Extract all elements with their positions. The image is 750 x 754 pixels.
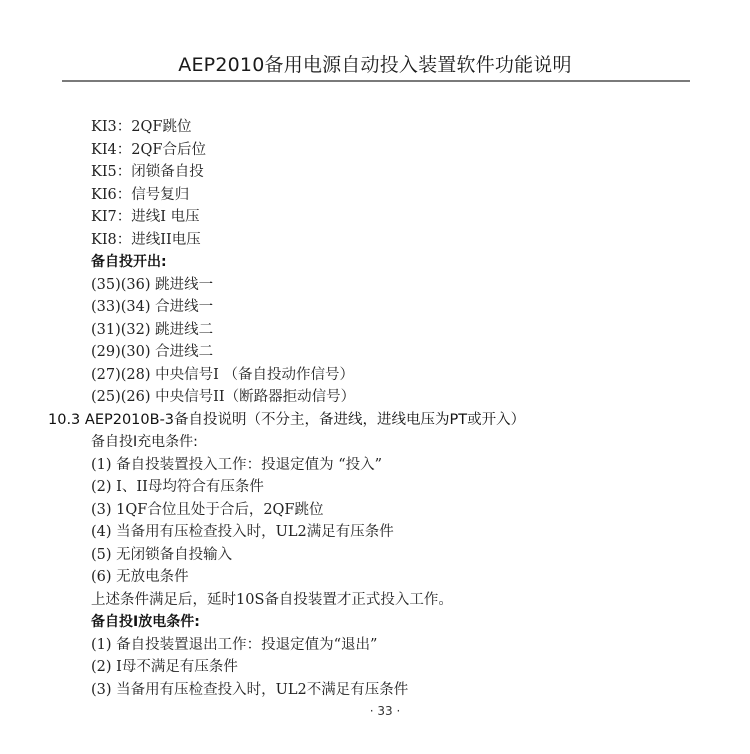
charge-note: 上述条件满足后，延时10S备自投装置才正式投入工作。	[91, 590, 453, 610]
charge-condition: (3) 1QF合位且处于合后，2QF跳位	[91, 500, 324, 520]
input-item: KI3：2QF跳位	[91, 117, 191, 137]
charge-heading: 备自投I充电条件:	[91, 432, 198, 452]
input-item: KI7：进线I 电压	[91, 207, 200, 227]
charge-condition: (1) 备自投装置投入工作：投退定值为 “投入”	[91, 455, 382, 475]
output-item: (35)(36) 跳进线一	[91, 275, 213, 295]
discharge-condition: (1) 备自投装置退出工作：投退定值为“退出”	[91, 635, 377, 655]
discharge-condition: (2) I母不满足有压条件	[91, 657, 238, 677]
charge-condition: (6) 无放电条件	[91, 567, 189, 587]
header-divider	[62, 80, 690, 82]
input-item: KI8：进线II电压	[91, 230, 201, 250]
output-item: (29)(30) 合进线二	[91, 342, 213, 362]
charge-condition: (4) 当备用有压检查投入时，UL2满足有压条件	[91, 522, 394, 542]
charge-condition: (5) 无闭锁备自投输入	[91, 545, 232, 565]
input-item: KI5：闭锁备自投	[91, 162, 204, 182]
input-item: KI6：信号复归	[91, 185, 189, 205]
output-item: (31)(32) 跳进线二	[91, 320, 213, 340]
output-item: (33)(34) 合进线一	[91, 297, 213, 317]
discharge-condition: (3) 当备用有压检查投入时，UL2不满足有压条件	[91, 680, 408, 700]
outputs-heading: 备自投开出:	[91, 252, 167, 272]
section-title: 10.3 AEP2010B-3备自投说明（不分主，备进线，进线电压为PT或开入）	[48, 410, 525, 430]
output-item: (25)(26) 中央信号II（断路器拒动信号）	[91, 387, 355, 407]
page-header-title: AEP2010备用电源自动投入装置软件功能说明	[0, 50, 750, 77]
input-item: KI4：2QF合后位	[91, 140, 206, 160]
output-item: (27)(28) 中央信号I （备自投动作信号）	[91, 365, 354, 385]
charge-condition: (2) I、II母均符合有压条件	[91, 477, 264, 497]
discharge-heading: 备自投I放电条件:	[91, 612, 200, 632]
page-number: · 33 ·	[0, 704, 750, 718]
